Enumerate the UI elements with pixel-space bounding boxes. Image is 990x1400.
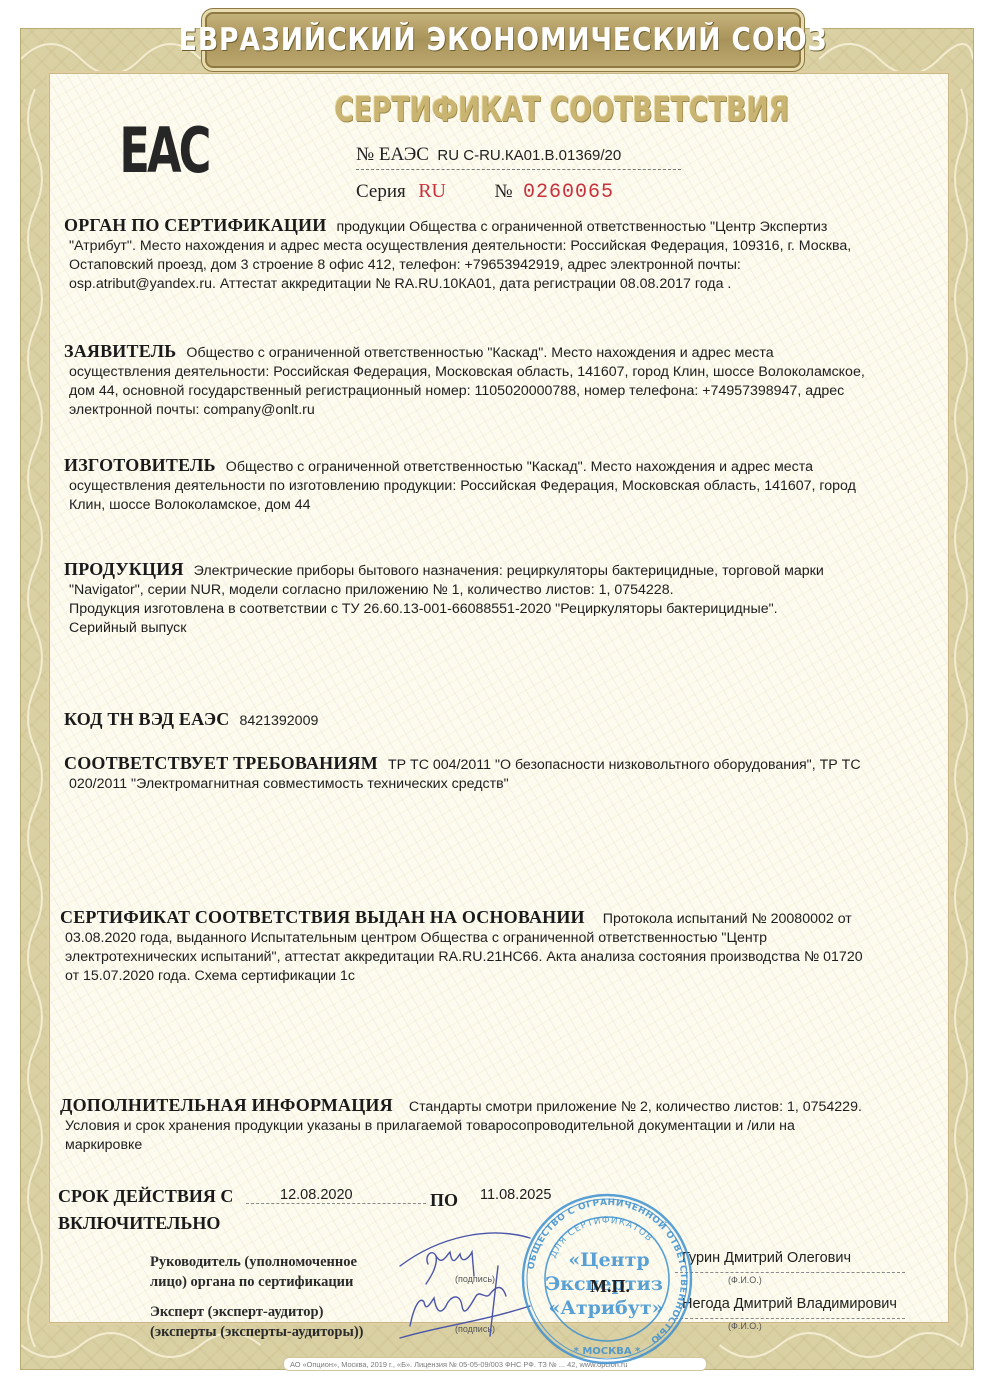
section-text-line: осуществления деятельности: Российская Ф… [69, 363, 920, 382]
head-name: Гурин Дмитрий Олегович [682, 1250, 851, 1266]
section-text-line: Стандарты смотри приложение № 2, количес… [409, 1099, 862, 1115]
section-manufacturer: ИЗГОТОВИТЕЛЬОбщество с ограниченной отве… [64, 456, 920, 515]
section-text-line: Общество с ограниченной ответственностью… [226, 459, 813, 475]
expert-label-line1: Эксперт (эксперт-аудитор) [150, 1302, 323, 1322]
section-text-line: "Атрибут". Место нахождения и адрес мест… [69, 237, 920, 256]
registration-number-line: № ЕАЭС RU C-RU.КА01.В.01369/20 [356, 144, 681, 170]
form-number-label: № [494, 181, 512, 202]
section-hs-code: КОД ТН ВЭД ЕАЭС8421392009 [64, 710, 920, 731]
validity-from-underline [246, 1203, 426, 1204]
head-name-caption: (Ф.И.О.) [728, 1275, 762, 1285]
section-text-line: электротехнических испытаний", аттестат … [65, 948, 916, 967]
section-text-line: Условия и срок хранения продукции указан… [65, 1117, 916, 1136]
section-basis: СЕРТИФИКАТ СООТВЕТСТВИЯ ВЫДАН НА ОСНОВАН… [60, 908, 916, 986]
stamp-city: * МОСКВА * [574, 1346, 642, 1357]
section-text-line: осуществления деятельности по изготовлен… [69, 477, 920, 496]
section-text-line: электронной почты: company@onlt.ru [69, 401, 920, 420]
section-heading: СООТВЕТСТВУЕТ ТРЕБОВАНИЯМ [64, 753, 378, 773]
form-number-value: 0260065 [523, 181, 614, 204]
validity-from-label: СРОК ДЕЙСТВИЯ С [58, 1186, 233, 1206]
registration-prefix: № ЕАЭС [356, 144, 429, 165]
section-text-line: Серийный выпуск [69, 619, 920, 638]
union-banner: ЕВРАЗИЙСКИЙ ЭКОНОМИЧЕСКИЙ СОЮЗ [205, 12, 801, 68]
seal-place-label: М.П. [590, 1276, 630, 1297]
hs-code-value: 8421392009 [239, 713, 318, 729]
expert-name-underline [675, 1318, 905, 1319]
section-heading: ОРГАН ПО СЕРТИФИКАЦИИ [64, 215, 326, 235]
section-text-line: osp.atribut@yandex.ru. Аттестат аккредит… [69, 275, 920, 294]
section-text-line: маркировке [65, 1136, 916, 1155]
section-text-line: 020/2011 "Электромагнитная совместимость… [69, 775, 920, 794]
section-text-line: Общество с ограниченной ответственностью… [186, 345, 773, 361]
section-heading: ЗАЯВИТЕЛЬ [64, 341, 176, 361]
series-value: RU [418, 180, 446, 202]
series-label: Серия [356, 181, 406, 202]
union-title: ЕВРАЗИЙСКИЙ ЭКОНОМИЧЕСКИЙ СОЮЗ [179, 22, 828, 58]
expert-signature-caption: (подпись) [455, 1324, 495, 1334]
section-text-line: дом 44, основной государственный регистр… [69, 382, 920, 401]
head-label-line2: лицо) органа по сертификации [150, 1272, 353, 1292]
head-signature-caption: (подпись) [455, 1274, 495, 1284]
registration-number: RU C-RU.КА01.В.01369/20 [437, 147, 621, 164]
stamp-center-line-3: «Атрибут» [549, 1297, 664, 1319]
section-text-line: Остаповский проезд, дом 3 строение 8 офи… [69, 256, 920, 275]
validity-to-label: ПО [430, 1190, 458, 1211]
eac-logo-text: ЕАС [119, 120, 208, 182]
validity-from-date: 12.08.2020 [280, 1187, 353, 1203]
section-text-line: от 15.07.2020 года. Схема сертификации 1… [65, 967, 916, 986]
expert-name: Негода Дмитрий Владимирович [682, 1296, 897, 1312]
expert-label-line2: (эксперты (эксперты-аудиторы)) [150, 1322, 363, 1342]
section-product: ПРОДУКЦИЯЭлектрические приборы бытового … [64, 560, 920, 638]
section-text-line: Продукция изготовлена в соответствии с Т… [69, 600, 920, 619]
section-heading: ИЗГОТОВИТЕЛЬ [64, 455, 216, 475]
section-text-line: продукции Общества с ограниченной ответс… [336, 219, 827, 235]
section-heading: СЕРТИФИКАТ СООТВЕТСТВИЯ ВЫДАН НА ОСНОВАН… [60, 907, 585, 927]
section-heading: КОД ТН ВЭД ЕАЭС [64, 709, 229, 729]
series-line: Серия RU № 0260065 [356, 180, 614, 206]
stamp-center-line-1: «Центр [568, 1249, 649, 1271]
section-certification-body: ОРГАН ПО СЕРТИФИКАЦИИпродукции Общества … [64, 216, 920, 294]
expert-name-caption: (Ф.И.О.) [728, 1321, 762, 1331]
section-text-line: 03.08.2020 года, выданного Испытательным… [65, 929, 916, 948]
section-applicant: ЗАЯВИТЕЛЬОбщество с ограниченной ответст… [64, 342, 920, 420]
section-heading: ДОПОЛНИТЕЛЬНАЯ ИНФОРМАЦИЯ [60, 1095, 393, 1115]
section-additional-info: ДОПОЛНИТЕЛЬНАЯ ИНФОРМАЦИЯСтандарты смотр… [60, 1096, 916, 1155]
certificate-content: ЕАС СЕРТИФИКАТ СООТВЕТСТВИЯ № ЕАЭС RU C-… [0, 0, 990, 1400]
section-requirements: СООТВЕТСТВУЕТ ТРЕБОВАНИЯМТР ТС 004/2011 … [64, 754, 920, 794]
validity-inclusive-label: ВКЛЮЧИТЕЛЬНО [58, 1213, 220, 1234]
head-label-line1: Руководитель (уполномоченное [150, 1252, 357, 1272]
section-text-line: "Navigator", серии NUR, модели согласно … [69, 581, 920, 600]
section-text-line: Протокола испытаний № 20080002 от [603, 911, 852, 927]
section-heading: ПРОДУКЦИЯ [64, 559, 184, 579]
head-name-underline [675, 1272, 905, 1273]
section-text-line: Электрические приборы бытового назначени… [194, 563, 824, 579]
eac-logo: ЕАС [125, 118, 203, 184]
section-text-line: ТР ТС 004/2011 "О безопасности низковоль… [388, 757, 861, 773]
certificate-title: СЕРТИФИКАТ СООТВЕТСТВИЯ [334, 88, 677, 132]
section-text-line: Клин, шоссе Волоколамское, дом 44 [69, 496, 920, 515]
